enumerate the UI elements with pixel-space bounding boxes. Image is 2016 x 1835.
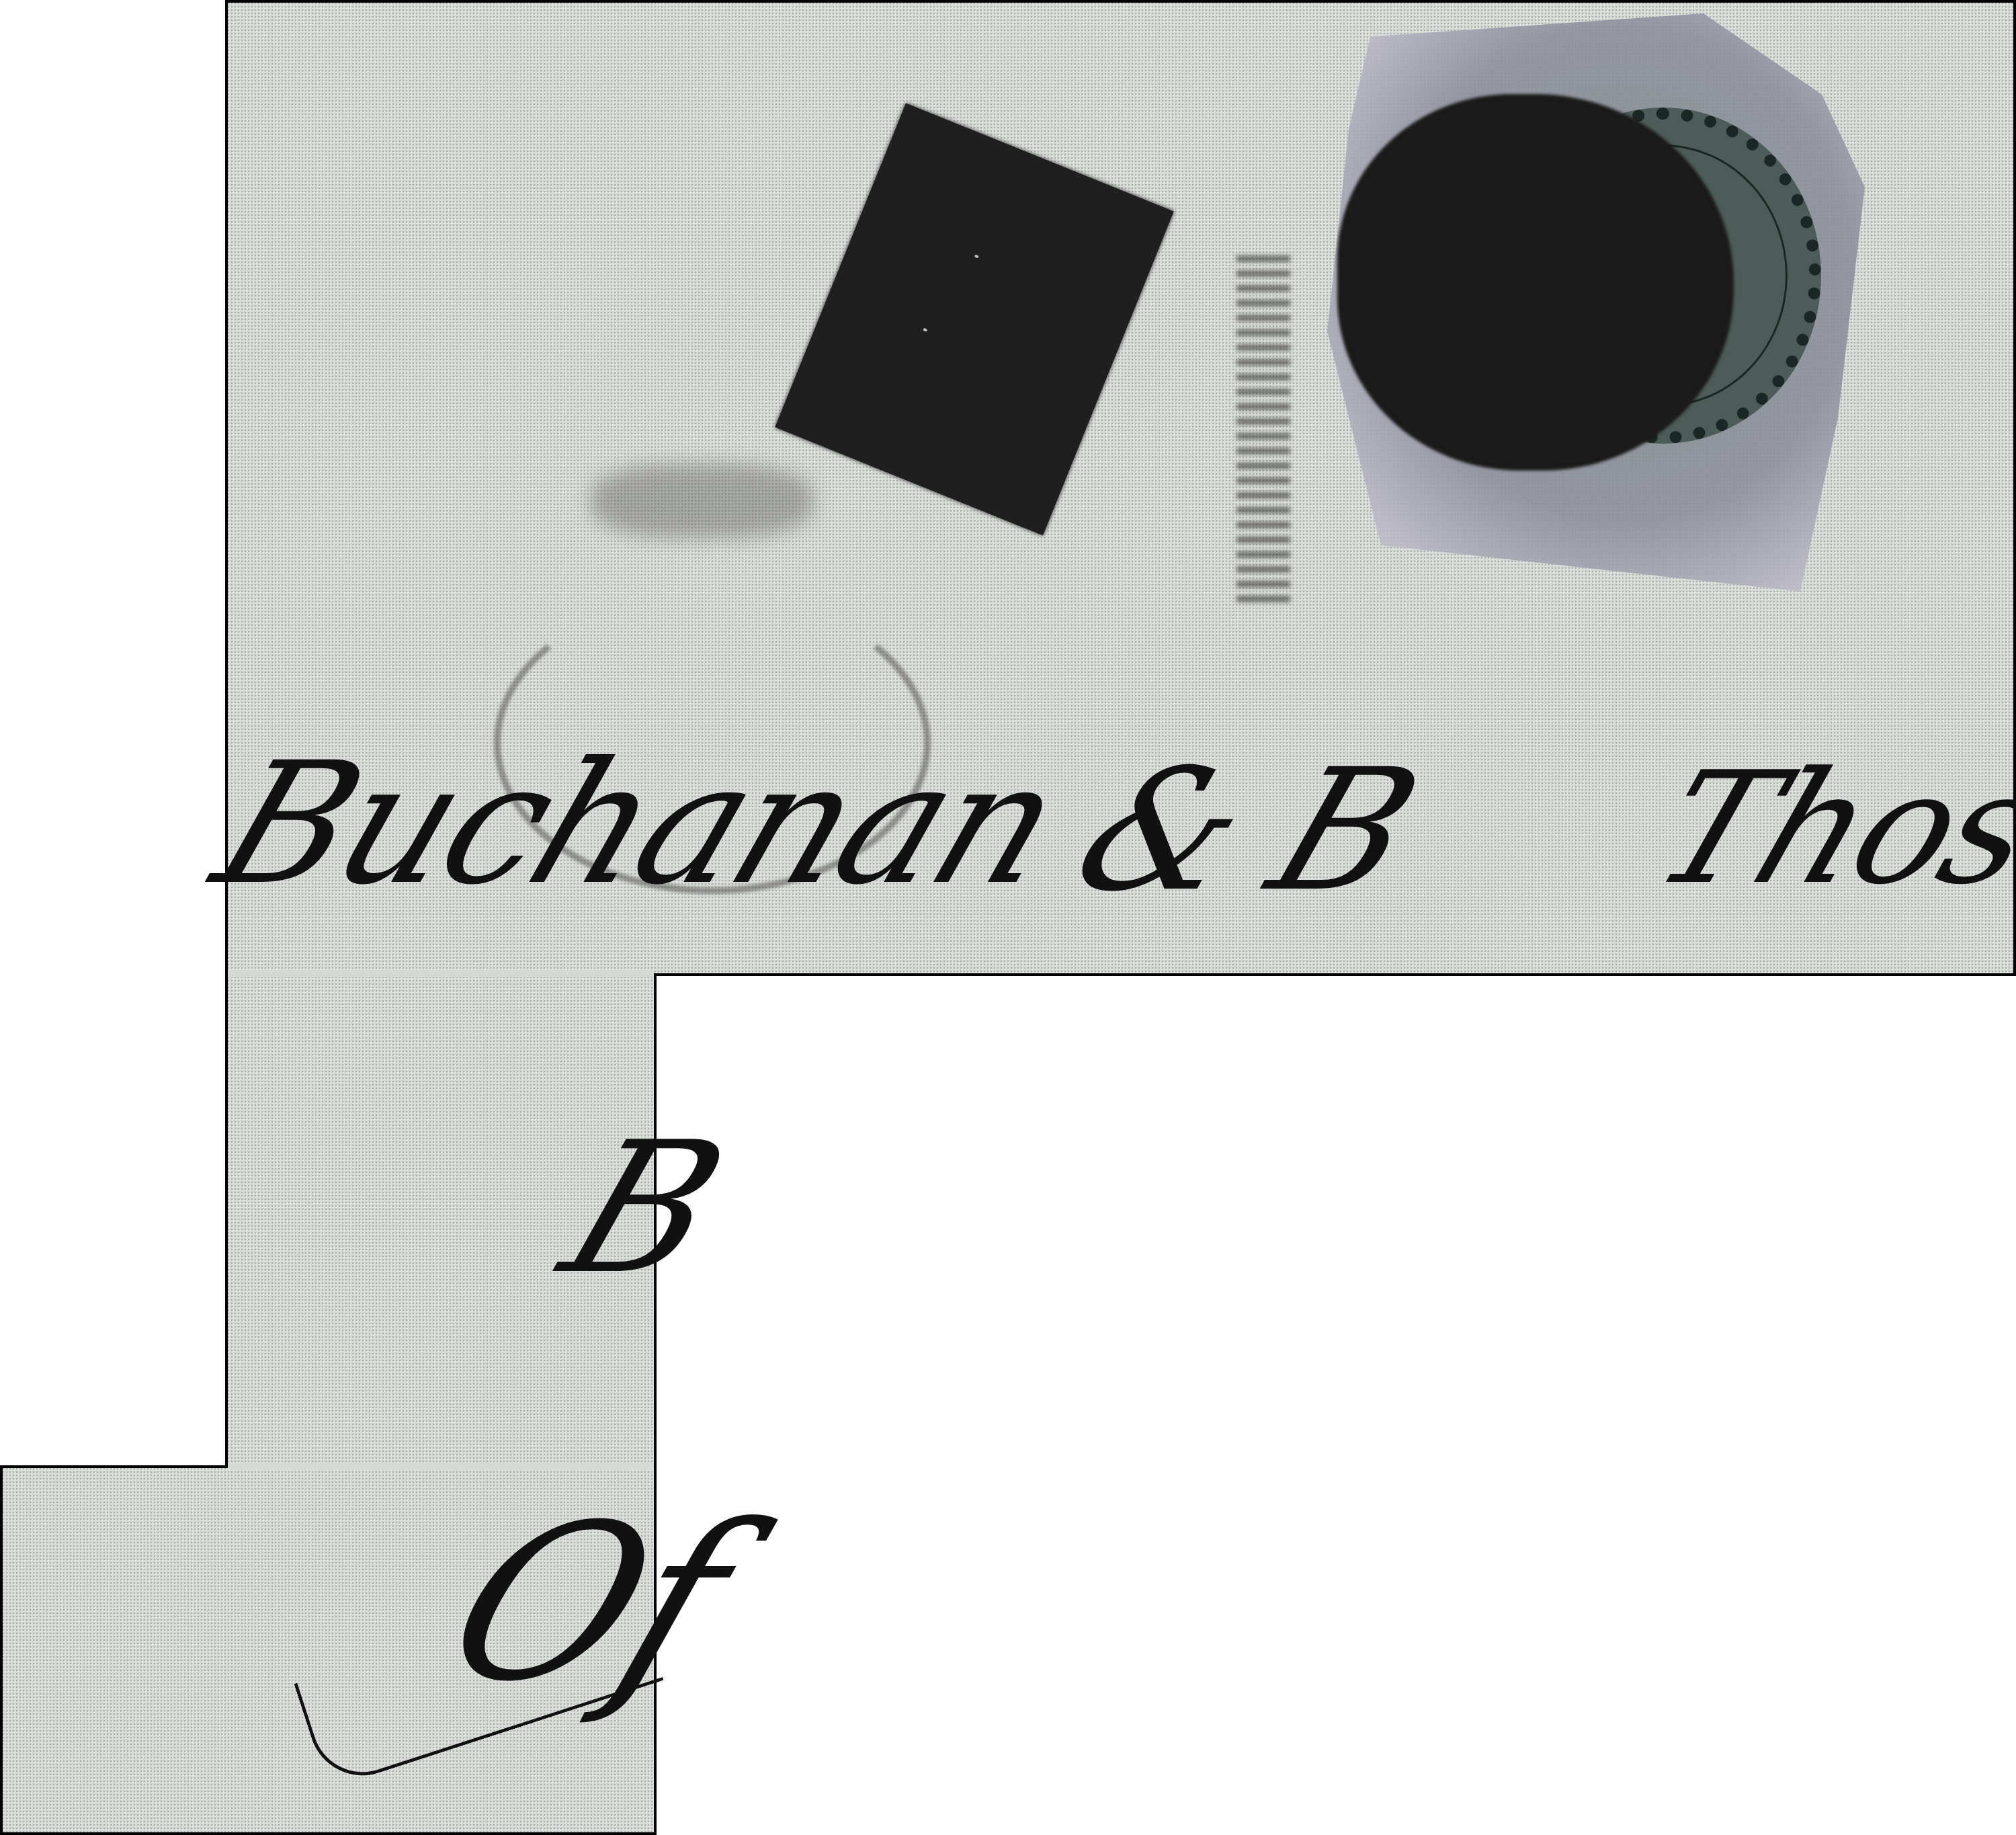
stamp-speck bbox=[974, 254, 979, 258]
cancellation-strike bbox=[1236, 255, 1290, 605]
stamp-speck bbox=[923, 328, 927, 332]
faint-ink-smudge bbox=[591, 464, 813, 538]
seal-ink-blot bbox=[1337, 94, 1734, 471]
handwriting-thos: Thos bbox=[1634, 739, 2016, 919]
handwriting-addressee: Buchanan bbox=[193, 726, 1083, 922]
panel-seam bbox=[228, 1463, 654, 1469]
panel-seam bbox=[228, 971, 654, 977]
